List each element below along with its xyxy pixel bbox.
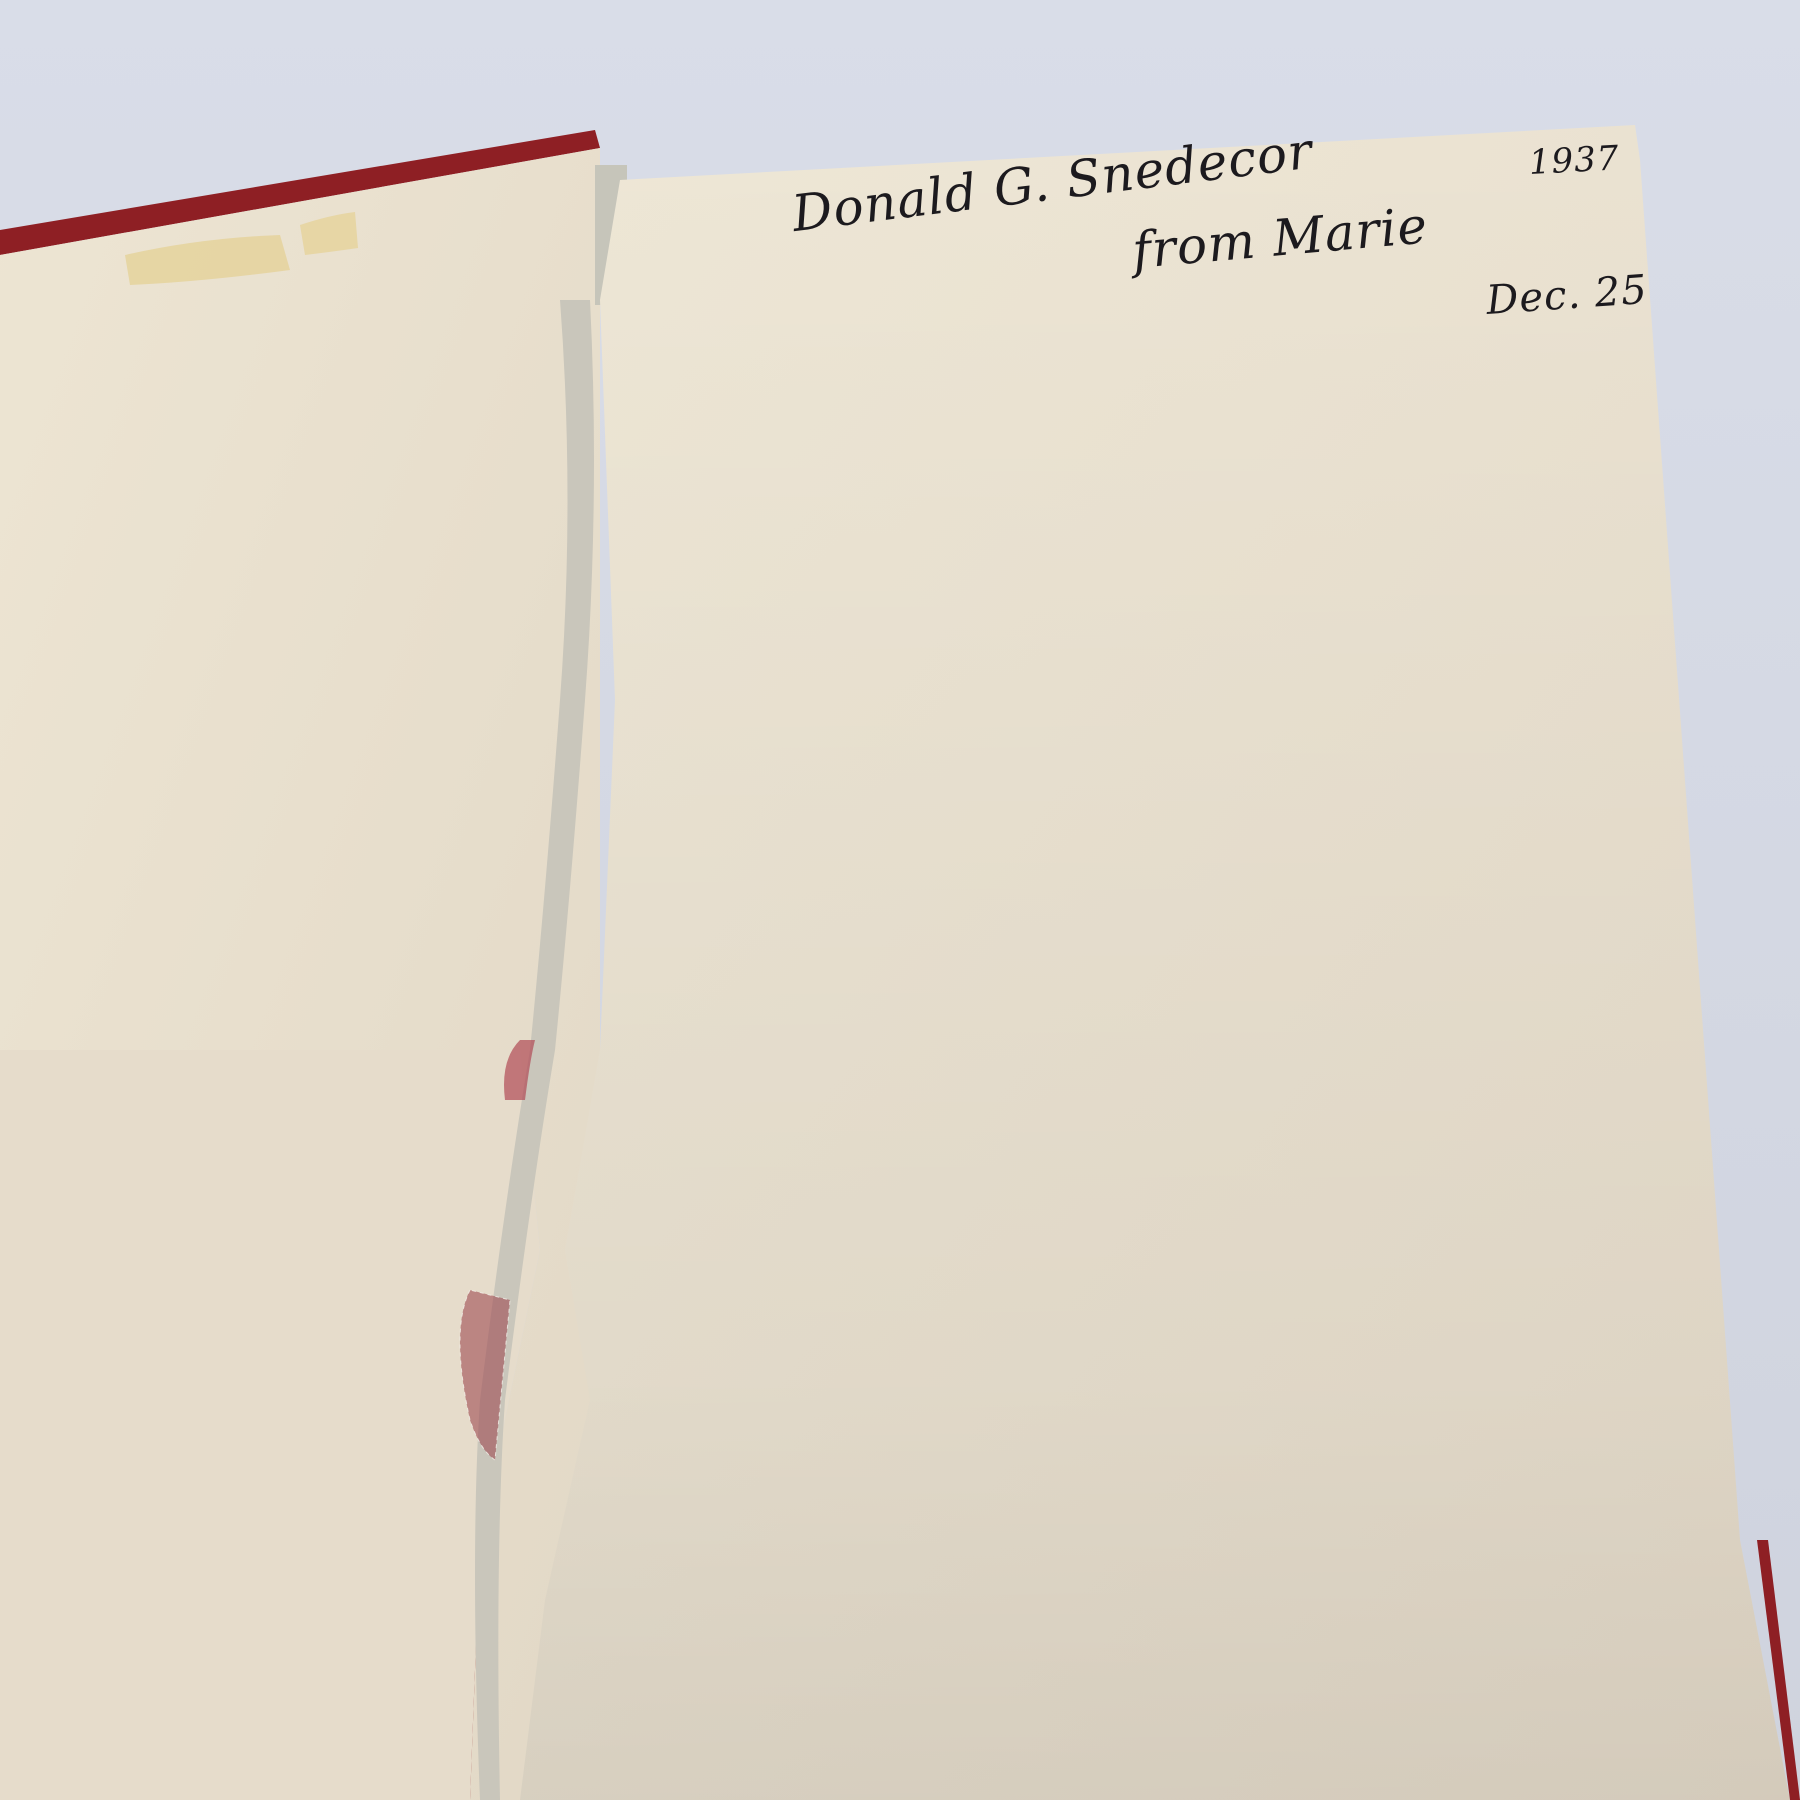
right-endpaper [520, 125, 1800, 1800]
left-endpaper [0, 148, 600, 1800]
book-photo: Donald G. Snedecor from Marie Dec. 25 19… [0, 0, 1800, 1800]
book-illustration [0, 0, 1800, 1800]
inscription-year: 1937 [1528, 138, 1621, 183]
